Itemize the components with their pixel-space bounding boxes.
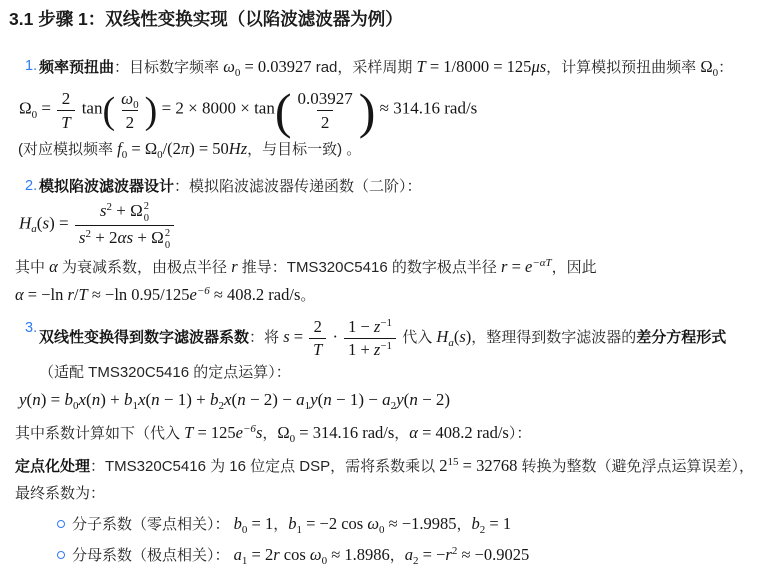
text-run: ， — [390, 547, 405, 564]
text-run: 。 — [300, 287, 315, 304]
list-number-2: 2. — [25, 174, 37, 199]
text-run: ：目标数字频率 — [114, 59, 223, 76]
text-run: ，计算模拟预扭曲频率 — [546, 59, 700, 76]
math-expression: T = 1/8000 = 125μs — [417, 57, 547, 76]
math-expression: s = 2T · 1 − z−11 + z−1 — [283, 327, 398, 346]
bold-term: 差分方程形式 — [636, 329, 726, 346]
bold-term: 定点化处理 — [15, 458, 90, 475]
list-item-3-text: 双线性变换得到数字滤波器系数：将 s = 2T · 1 − z−11 + z−1… — [39, 329, 726, 381]
bullet-circle-icon — [57, 551, 65, 559]
text-run: 代入 — [398, 329, 436, 346]
coefficients-paragraph: 其中系数计算如下（代入 T = 125e−6s，Ω0 = 314.16 rad/… — [15, 420, 769, 448]
list-number-3: 3. — [25, 316, 37, 341]
list-item-2-text: 模拟陷波滤波器设计：模拟陷波滤波器传递函数（二阶）： — [39, 178, 422, 195]
text-run: rad，采样周期 — [312, 59, 417, 76]
math-expression: ω0 = 0.03927 — [223, 57, 311, 76]
page-title: 3.1 步骤 1：双线性变换实现（以陷波滤波器为例） — [9, 8, 769, 30]
math-expression: 215 = 32768 — [439, 456, 517, 475]
math-expression: α = −ln r/T ≈ −ln 0.95/125e−6 ≈ 408.2 ra… — [15, 285, 300, 304]
bullet-circle-icon — [57, 520, 65, 528]
bold-term: 双线性变换得到数字滤波器系数 — [39, 329, 249, 346]
math-expression: α = 408.2 rad/s — [409, 423, 509, 442]
math-expression: Ha(s) — [436, 327, 471, 346]
math-expression: f0 = Ω0/(2π) = 50Hz — [117, 139, 247, 158]
bold-term: 频率预扭曲 — [39, 59, 114, 76]
text-run: ，与目标一致) 。 — [247, 141, 361, 158]
fixed-point-paragraph: 定点化处理：TMS320C5416 为 16 位定点 DSP，需将系数乘以 21… — [15, 453, 769, 506]
text-run: ：TMS320C5416 为 16 位定点 DSP，需将系数乘以 — [90, 458, 439, 475]
text-run: 推导：TMS320C5416 的数字极点半径 — [238, 259, 501, 276]
coefficient-bullet-list: 分子系数（零点相关）： b0 = 1，b1 = −2 cos ω0 ≈ −1.9… — [0, 511, 769, 570]
text-run: ， — [262, 425, 277, 442]
text-run: (对应模拟频率 — [18, 141, 117, 158]
text-run: ： — [718, 59, 733, 76]
bullet-denominator: 分母系数（极点相关）： a1 = 2r cos ω0 ≈ 1.8986，a2 =… — [0, 542, 769, 570]
text-run: 其中系数计算如下（代入 — [15, 425, 184, 442]
text-run: ：将 — [249, 329, 283, 346]
math-expression: b0 = 1 — [234, 514, 274, 533]
text-run: ：模拟陷波滤波器传递函数（二阶）： — [174, 178, 422, 195]
note-paragraph: (对应模拟频率 f0 = Ω0/(2π) = 50Hz，与目标一致) 。 — [18, 136, 769, 164]
math-expression: Ω0 — [700, 57, 718, 76]
document-body: 3.1 步骤 1：双线性变换实现（以陷波滤波器为例） 1. 频率预扭曲：目标数字… — [0, 8, 769, 570]
math-expression: T = 125e−6s — [184, 423, 262, 442]
text-run: ）： — [509, 425, 532, 442]
list-item-1: 1. 频率预扭曲：目标数字频率 ω0 = 0.03927 rad，采样周期 T … — [0, 54, 769, 82]
math-expression: b2 = 1 — [472, 514, 512, 533]
text-run: ， — [457, 516, 472, 533]
math-expression: r = e−αT — [501, 257, 552, 276]
math-expression: b1 = −2 cos ω0 ≈ −1.9985 — [288, 514, 456, 533]
bold-term: 模拟陷波滤波器设计 — [39, 178, 174, 195]
text-run: ，整理得到数字滤波器的 — [471, 329, 636, 346]
display-formula-prewarp: Ω0 = 2Ttan(ω02) = 2 × 8000 × tan(0.03927… — [19, 87, 769, 133]
math-expression: Ω0 = 314.16 rad/s — [277, 423, 394, 442]
text-run: 分子系数（零点相关）： — [72, 516, 234, 533]
math-expression: α — [49, 257, 58, 276]
list-item-3: 3. 双线性变换得到数字滤波器系数：将 s = 2T · 1 − z−11 + … — [0, 316, 769, 385]
text-run: 分母系数（极点相关）： — [72, 547, 234, 564]
text-run: 其中 — [15, 259, 49, 276]
list-item-2: 2. 模拟陷波滤波器设计：模拟陷波滤波器传递函数（二阶）： — [0, 174, 769, 199]
math-expression: a2 = −r2 ≈ −0.9025 — [405, 545, 530, 564]
text-run: 为衰减系数，由极点半径 — [58, 259, 231, 276]
text-run: ，因此 — [552, 259, 597, 276]
display-formula-transfer-function: Ha(s) = s2 + Ω20s2 + 2αs + Ω20 — [19, 199, 769, 250]
list-number-1: 1. — [25, 54, 37, 79]
alpha-paragraph: 其中 α 为衰减系数，由极点半径 r 推导：TMS320C5416 的数字极点半… — [15, 254, 769, 310]
text-run: （适配 TMS320C5416 的定点运算）： — [39, 364, 291, 381]
display-formula-difference-equation: y(n) = b0x(n) + b1x(n − 1) + b2x(n − 2) … — [19, 387, 769, 415]
text-run: ， — [394, 425, 409, 442]
bullet-numerator: 分子系数（零点相关）： b0 = 1，b1 = −2 cos ω0 ≈ −1.9… — [0, 511, 769, 539]
list-item-1-text: 频率预扭曲：目标数字频率 ω0 = 0.03927 rad，采样周期 T = 1… — [39, 59, 733, 76]
math-expression: a1 = 2r cos ω0 ≈ 1.8986 — [234, 545, 390, 564]
text-run: ， — [273, 516, 288, 533]
